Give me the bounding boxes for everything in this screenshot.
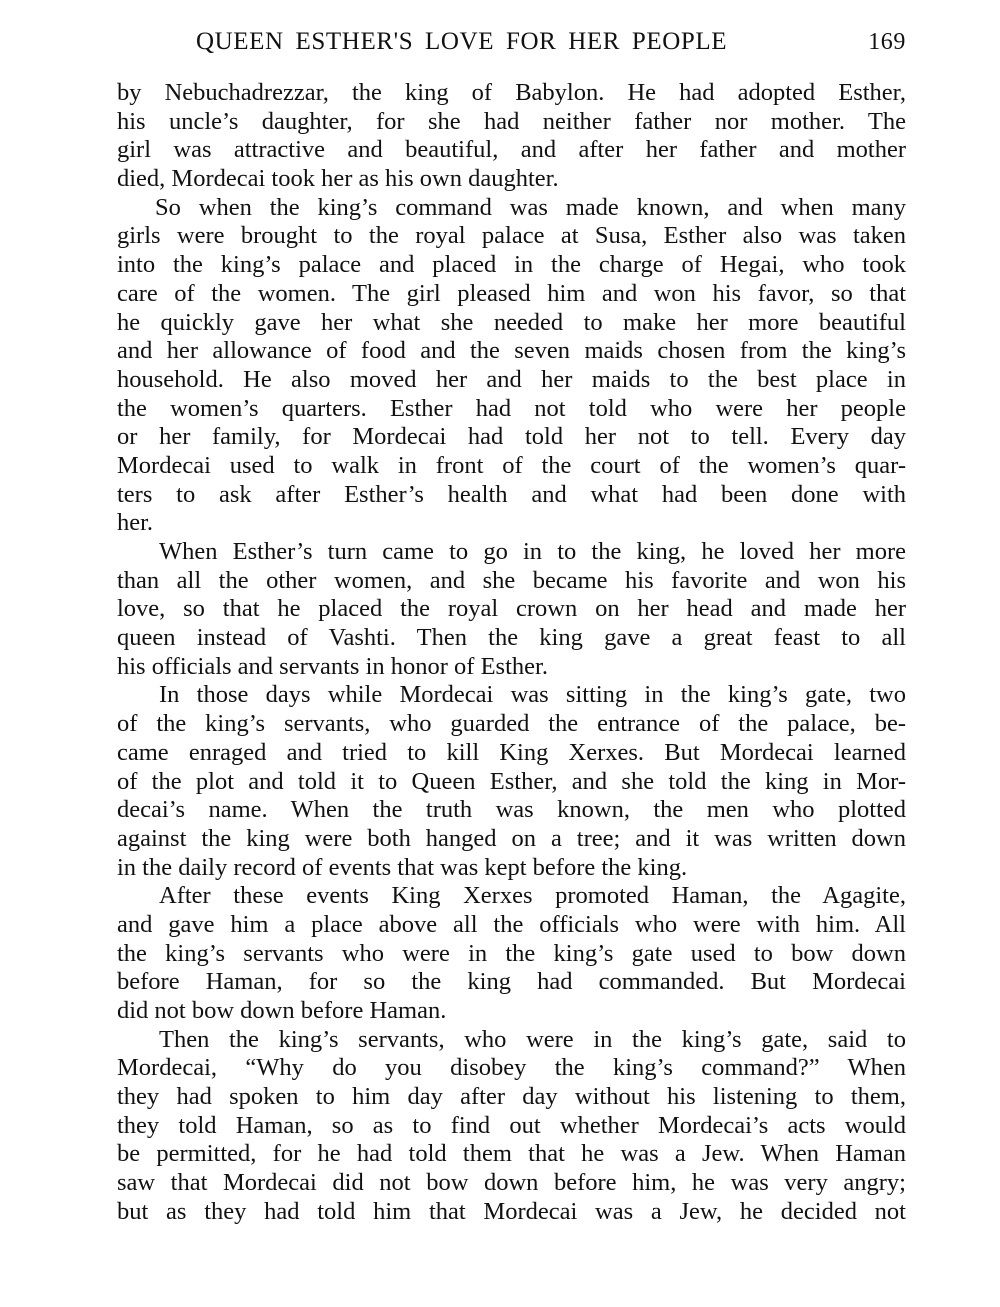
body-text: by Nebuchadrezzar, the king of Babylon. … <box>117 79 906 1227</box>
text-line: than all the other women, and she became… <box>117 567 906 596</box>
text-line: came enraged and tried to kill King Xerx… <box>117 739 906 768</box>
text-line: of the king’s servants, who guarded the … <box>117 710 906 739</box>
paragraph: In those days while Mordecai was sitting… <box>117 681 906 882</box>
page-number: 169 <box>868 29 906 56</box>
text-line: by Nebuchadrezzar, the king of Babylon. … <box>117 79 906 108</box>
text-line: into the king’s palace and placed in the… <box>117 251 906 280</box>
text-line: her. <box>117 509 906 538</box>
text-line: After these events King Xerxes promoted … <box>117 882 906 911</box>
text-line: in the daily record of events that was k… <box>117 854 906 883</box>
chapter-title: QUEEN ESTHER'S LOVE FOR HER PEOPLE <box>196 28 727 56</box>
text-line: decai’s name. When the truth was known, … <box>117 796 906 825</box>
text-line: queen instead of Vashti. Then the king g… <box>117 624 906 653</box>
text-line: and gave him a place above all the offic… <box>117 911 906 940</box>
running-head: QUEEN ESTHER'S LOVE FOR HER PEOPLE 169 <box>196 28 906 62</box>
text-line: died, Mordecai took her as his own daugh… <box>117 165 906 194</box>
text-line: Mordecai, “Why do you disobey the king’s… <box>117 1054 906 1083</box>
text-line: against the king were both hanged on a t… <box>117 825 906 854</box>
text-line: girls were brought to the royal palace a… <box>117 222 906 251</box>
text-line: or her family, for Mordecai had told her… <box>117 423 906 452</box>
text-line: the women’s quarters. Esther had not tol… <box>117 395 906 424</box>
text-line: did not bow down before Haman. <box>117 997 906 1026</box>
paragraph: Then the king’s servants, who were in th… <box>117 1026 906 1227</box>
text-line: but as they had told him that Mordecai w… <box>117 1198 906 1227</box>
book-page: QUEEN ESTHER'S LOVE FOR HER PEOPLE 169 b… <box>0 0 1000 1307</box>
text-line: they had spoken to him day after day wit… <box>117 1083 906 1112</box>
paragraph: So when the king’s command was made know… <box>117 194 906 538</box>
text-line: In those days while Mordecai was sitting… <box>117 681 906 710</box>
text-line: his officials and servants in honor of E… <box>117 653 906 682</box>
text-line: saw that Mordecai did not bow down befor… <box>117 1169 906 1198</box>
text-line: they told Haman, so as to find out wheth… <box>117 1112 906 1141</box>
text-line: Then the king’s servants, who were in th… <box>117 1026 906 1055</box>
text-line: ters to ask after Esther’s health and wh… <box>117 481 906 510</box>
text-line: When Esther’s turn came to go in to the … <box>117 538 906 567</box>
text-line: he quickly gave her what she needed to m… <box>117 309 906 338</box>
text-line: So when the king’s command was made know… <box>117 194 906 223</box>
text-line: the king’s servants who were in the king… <box>117 940 906 969</box>
paragraph: After these events King Xerxes promoted … <box>117 882 906 1025</box>
text-line: and her allowance of food and the seven … <box>117 337 906 366</box>
text-line: household. He also moved her and her mai… <box>117 366 906 395</box>
text-line: girl was attractive and beautiful, and a… <box>117 136 906 165</box>
paragraph: When Esther’s turn came to go in to the … <box>117 538 906 681</box>
text-line: before Haman, for so the king had comman… <box>117 968 906 997</box>
text-line: care of the women. The girl pleased him … <box>117 280 906 309</box>
text-line: be permitted, for he had told them that … <box>117 1140 906 1169</box>
text-line: Mordecai used to walk in front of the co… <box>117 452 906 481</box>
text-line: his uncle’s daughter, for she had neithe… <box>117 108 906 137</box>
text-line: love, so that he placed the royal crown … <box>117 595 906 624</box>
text-line: of the plot and told it to Queen Esther,… <box>117 768 906 797</box>
paragraph: by Nebuchadrezzar, the king of Babylon. … <box>117 79 906 194</box>
